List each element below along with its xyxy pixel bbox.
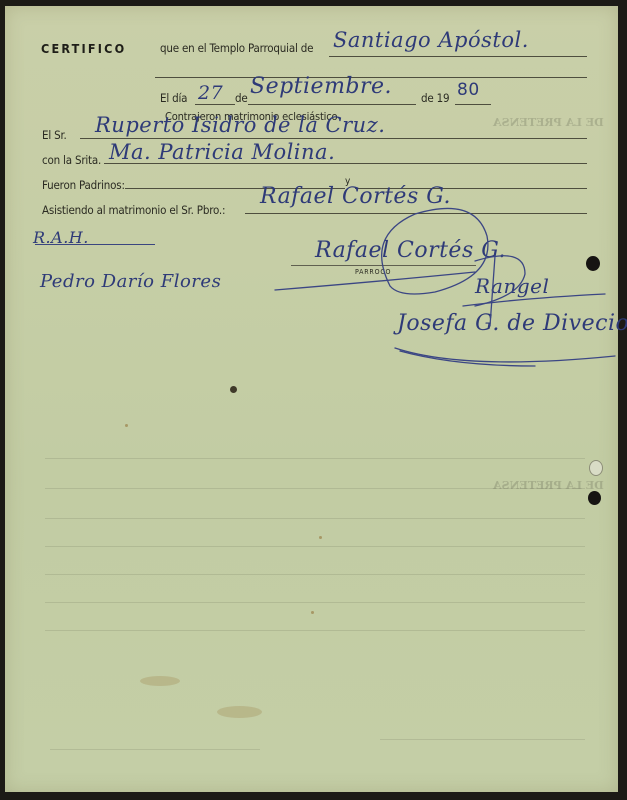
- certificate-page: DE LA PRETENSA DE LA PRETENSA CERTIFICO …: [5, 6, 618, 792]
- signature-flourishes: [5, 6, 618, 792]
